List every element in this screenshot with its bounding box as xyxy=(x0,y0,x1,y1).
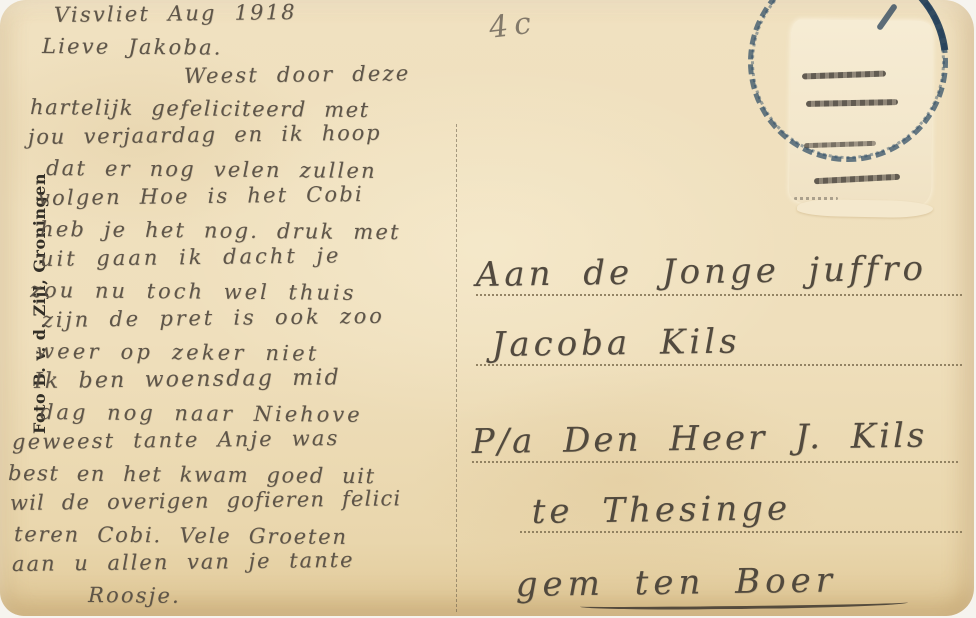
message-line: zijn de pret is ook zoo xyxy=(42,303,466,339)
address-line: gem ten Boer xyxy=(515,564,837,604)
address-row: Jacoba Kils xyxy=(476,308,962,366)
postage-rate-note: 4c xyxy=(487,5,539,46)
address-row: Aan de Jonge juffro xyxy=(476,236,962,296)
message-line: geweest tante Anje was xyxy=(12,424,466,460)
message-line: Visvliet Aug 1918 xyxy=(54,0,466,33)
address-line: Jacoba Kils xyxy=(491,325,740,364)
message-block: Visvliet Aug 1918 Lieve Jakoba. Weest do… xyxy=(28,3,466,613)
postcard-back: Foto B. v. d. Zijl, Groningen Visvliet A… xyxy=(0,0,974,616)
address-row: gem ten Boer xyxy=(516,546,976,604)
address-line: te Thesinge xyxy=(531,491,791,531)
address-row: P/a Den Heer J. Kils xyxy=(472,402,958,463)
cancellation-bar-icon xyxy=(794,197,838,200)
message-line: Weest door deze xyxy=(184,61,466,95)
message-line: wil de overigen gofieren felici xyxy=(10,485,466,521)
message-line: volgen Hoe is het Cobi xyxy=(38,181,466,217)
address-line: P/a Den Heer J. Kils xyxy=(471,419,927,461)
divider-line xyxy=(456,124,457,612)
message-line: uit gaan ik dacht je xyxy=(40,242,466,278)
message-line: jou verjaardag en ik hoop xyxy=(28,120,466,156)
address-line: Aan de Jonge juffro xyxy=(475,252,927,294)
message-line: Roosje. xyxy=(88,583,466,617)
address-row: te Thesinge xyxy=(520,472,962,533)
stamp-residue-torn-edge xyxy=(797,199,933,218)
message-line: aan u allen van je tante xyxy=(12,546,466,582)
message-line: Ik ben woensdag mid xyxy=(34,364,466,400)
